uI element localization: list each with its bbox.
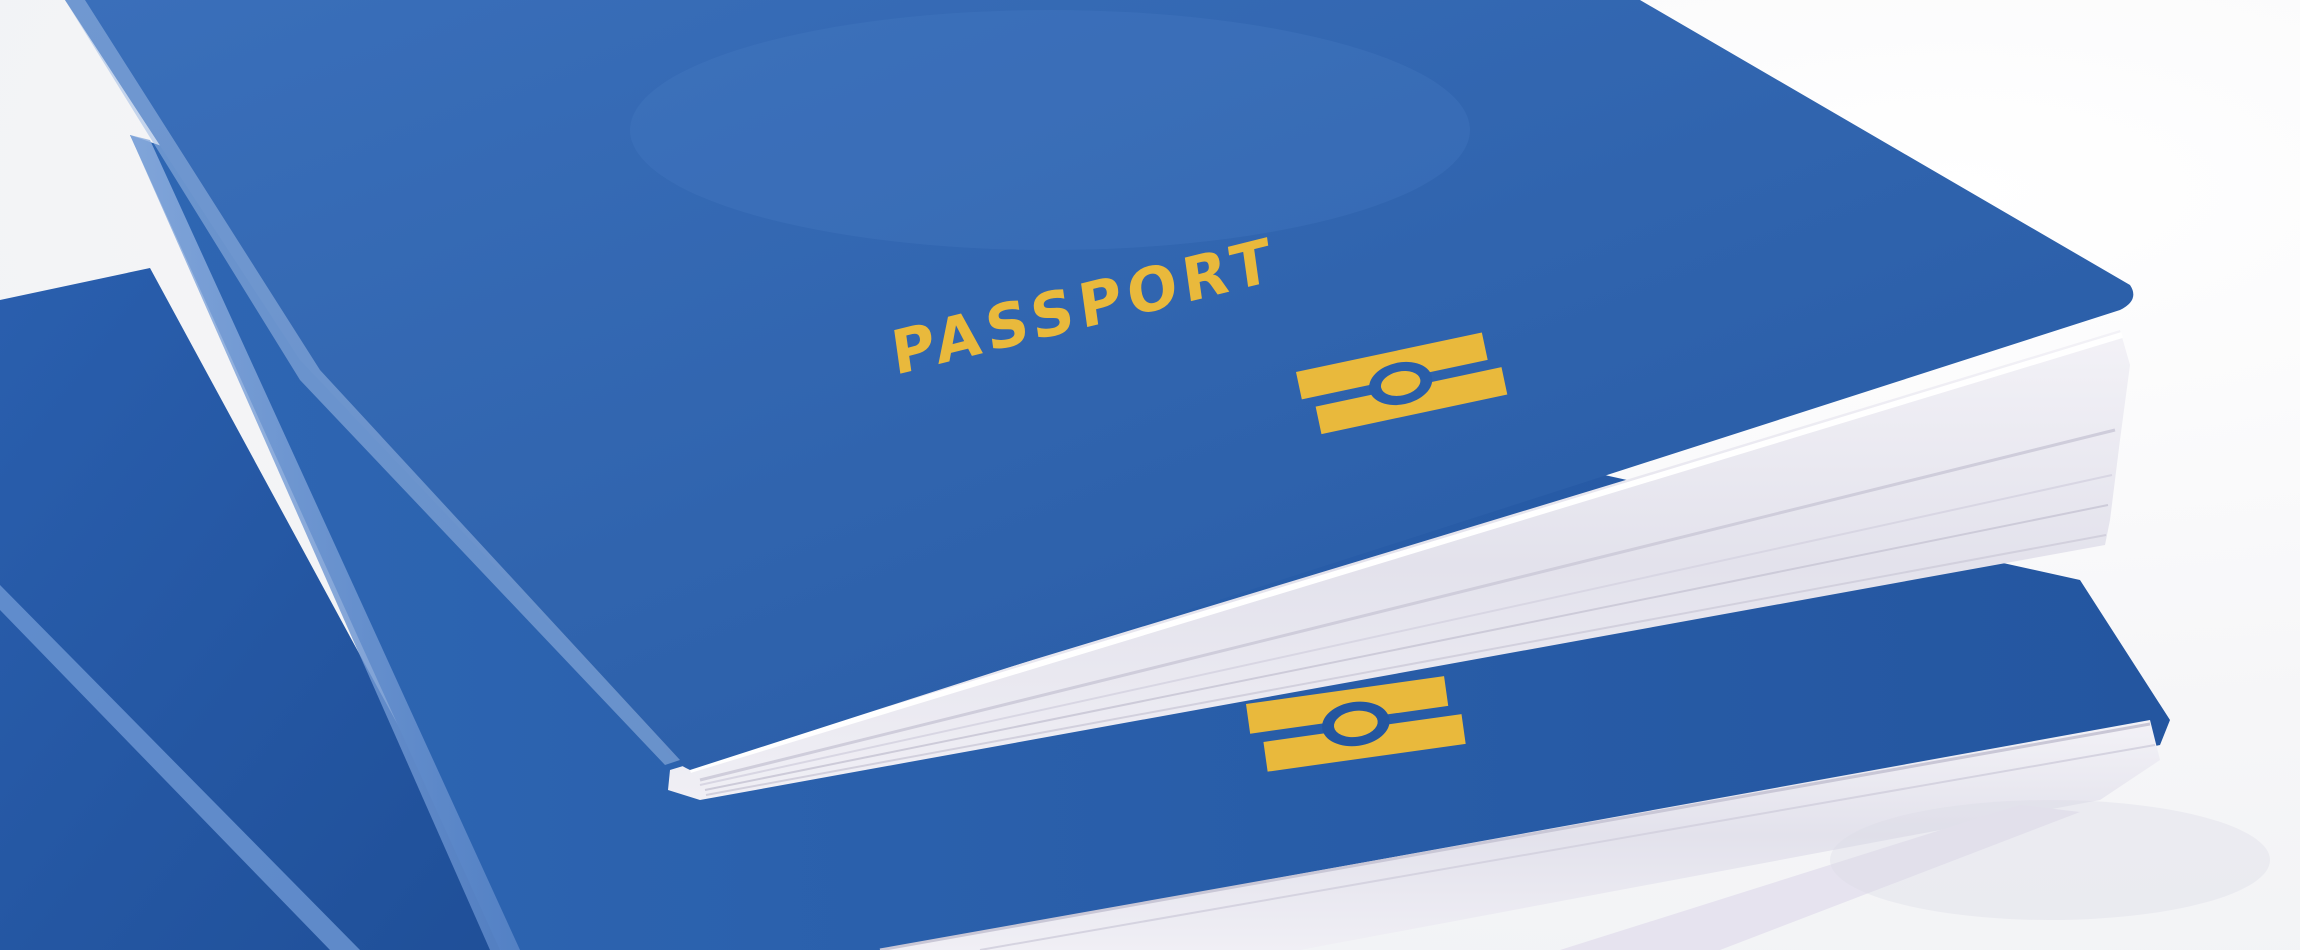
passport-stack-illustration: PASSPORT: [0, 0, 2300, 950]
passport-photo: PASSPORT: [0, 0, 2300, 950]
